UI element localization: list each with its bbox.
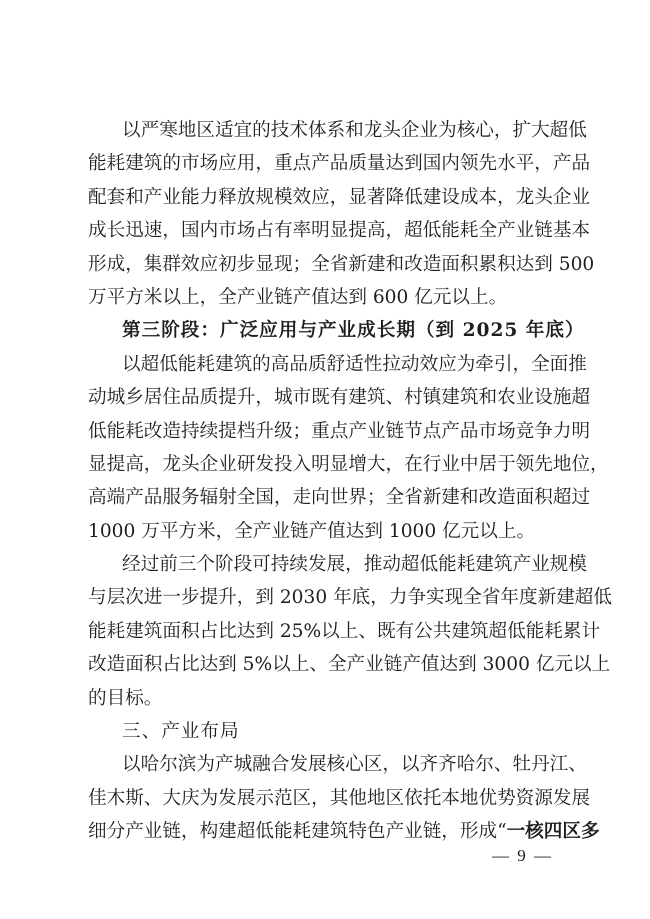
text-line: 动城乡居住品质提升，城市既有建筑、村镇建筑和农业设施超	[88, 381, 561, 414]
paragraph-stage-three-goals: 以超低能耗建筑的高品质舒适性拉动效应为牵引，全面推 动城乡居住品质提升，城市既有…	[88, 348, 561, 548]
text-line: 与层次进一步提升，到 2030 年底，力争实现全省年度新建超低	[88, 581, 561, 614]
text-line: 的目标。	[88, 682, 561, 715]
stage-three-heading: 第三阶段：广泛应用与产业成长期（到 2025 年底）	[88, 314, 561, 347]
text-line: 显提高，龙头企业研发投入明显增大，在行业中居于领先地位，	[88, 448, 561, 481]
document-page: 以严寒地区适宜的技术体系和龙头企业为核心，扩大超低 能耗建筑的市场应用，重点产品…	[0, 0, 650, 919]
text-line: 高端产品服务辐射全国，走向世界；全省新建和改造面积超过	[88, 481, 561, 514]
text-line: 以超低能耗建筑的高品质舒适性拉动效应为牵引，全面推	[88, 348, 561, 381]
paragraph-2030-target: 经过前三个阶段可持续发展，推动超低能耗建筑产业规模 与层次进一步提升，到 203…	[88, 548, 561, 715]
text-line: 成长迅速，国内市场占有率明显提高，超低能耗全产业链基本	[88, 214, 561, 247]
text-line: 1000 万平方米，全产业链产值达到 1000 亿元以上。	[88, 515, 561, 548]
text-line: 形成，集群效应初步显现；全省新建和改造面积累积达到 500	[88, 248, 561, 281]
text-line: 能耗建筑面积占比达到 25%以上、既有公共建筑超低能耗累计	[88, 615, 561, 648]
text-line: 能耗建筑的市场应用，重点产品质量达到国内领先水平，产品	[88, 147, 561, 180]
paragraph-stage-two-goals: 以严寒地区适宜的技术体系和龙头企业为核心，扩大超低 能耗建筑的市场应用，重点产品…	[88, 114, 561, 314]
text-line: 佳木斯、大庆为发展示范区，其他地区依托本地优势资源发展	[88, 782, 561, 815]
text-line: 以严寒地区适宜的技术体系和龙头企业为核心，扩大超低	[88, 114, 561, 147]
text-segment: 细分产业链，构建超低能耗建筑特色产业链，形成“	[88, 821, 507, 842]
text-line: 改造面积占比达到 5%以上、全产业链产值达到 3000 亿元以上	[88, 648, 561, 681]
emphasized-phrase: 一核四区多	[507, 821, 600, 842]
text-line: 细分产业链，构建超低能耗建筑特色产业链，形成“一核四区多	[88, 815, 561, 848]
text-line: 经过前三个阶段可持续发展，推动超低能耗建筑产业规模	[88, 548, 561, 581]
section-heading-industry-layout: 三、产业布局	[88, 715, 561, 748]
text-line: 低能耗改造持续提档升级；重点产业链节点产品市场竞争力明	[88, 415, 561, 448]
document-body: 以严寒地区适宜的技术体系和龙头企业为核心，扩大超低 能耗建筑的市场应用，重点产品…	[88, 114, 561, 849]
text-line: 配套和产业能力释放规模效应，显著降低建设成本，龙头企业	[88, 181, 561, 214]
text-line: 万平方米以上，全产业链产值达到 600 亿元以上。	[88, 281, 561, 314]
text-line: 以哈尔滨为产城融合发展核心区，以齐齐哈尔、牡丹江、	[88, 748, 561, 781]
paragraph-industry-layout: 以哈尔滨为产城融合发展核心区，以齐齐哈尔、牡丹江、 佳木斯、大庆为发展示范区，其…	[88, 748, 561, 848]
page-number: — 9 —	[492, 846, 553, 866]
